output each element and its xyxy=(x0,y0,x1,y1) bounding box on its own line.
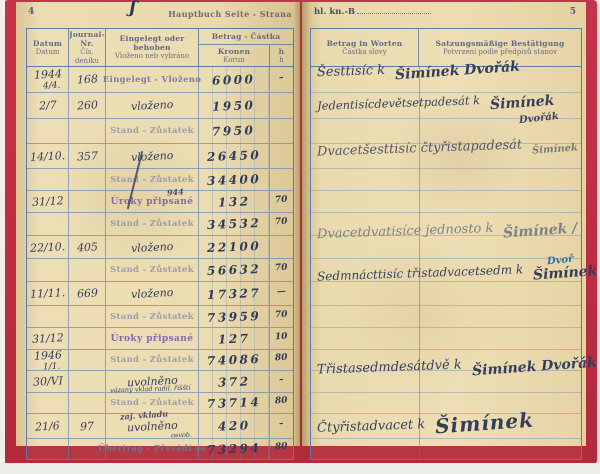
date-cell xyxy=(27,259,69,281)
heller-cell: – xyxy=(270,67,293,92)
table-row: 19461/1. Stand - Zůstatek 74086 80 xyxy=(27,350,293,371)
rule-line xyxy=(311,439,581,459)
kronen-cell: 17327 xyxy=(199,282,270,305)
kronen-cell: 420 xyxy=(199,414,270,438)
col-h-cs: h xyxy=(279,56,284,65)
heller-cell: — xyxy=(270,282,293,305)
table-row: 2/7 260 vloženo 1950 xyxy=(27,93,293,119)
heller-cell xyxy=(270,119,293,143)
rule-line xyxy=(311,282,581,306)
col-journal-cs: Čís. deníku xyxy=(69,48,105,66)
table-row: 30/VI uvolněnovázaný vklad radil. říšští… xyxy=(27,371,293,393)
amount-heller: — xyxy=(277,286,287,297)
date-cell: 22/10. xyxy=(27,236,69,258)
amount-kronen: 132 xyxy=(217,194,250,209)
amount-kronen: 34400 xyxy=(207,172,262,188)
date-cell xyxy=(27,119,69,143)
entry-cell: Stand - Zůstatek xyxy=(106,169,199,190)
kronen-cell: 372 xyxy=(199,371,270,392)
amount-in-words-entry: Čtyřistadvacet k Šimínek xyxy=(317,411,577,435)
table-row: 21/6 97 zaj. vkladuuvolněnoosvob. 420 – xyxy=(27,414,293,439)
table-header: Betrag in Worten Částka slovy Satzungsmä… xyxy=(311,29,581,67)
entry-date: 21/6 xyxy=(35,419,60,433)
col-entry-de: Eingelegt oder behoben xyxy=(106,34,198,52)
col-date-cs: Datum xyxy=(36,48,60,57)
journal-cell xyxy=(69,371,106,392)
date-cell: 30/VI xyxy=(27,371,69,392)
ledger-page-left: 4 ʃ Hauptbuch Seite - Strana Datum Datum… xyxy=(16,2,300,446)
amount-words: Šesttisíc k xyxy=(317,63,385,80)
kronen-cell: 132 xyxy=(199,191,270,212)
col-header-kronen: Kronen Korun xyxy=(199,45,270,66)
amount-kronen: 372 xyxy=(217,374,250,389)
journal-number: 357 xyxy=(76,149,98,163)
kronen-cell: 73714 xyxy=(199,393,270,413)
col-header-amount: Betrag - Částka Kronen Korun h h xyxy=(199,29,293,66)
journal-cell xyxy=(69,169,106,190)
entry-cell: Stand - Zůstatek xyxy=(106,213,199,235)
table-row: 31/12 944Úroky připsané 132 70 xyxy=(27,191,293,213)
date-cell xyxy=(27,306,69,327)
table-row: 22/10. 405 vloženo 22100 xyxy=(27,236,293,259)
amount-kronen: 73714 xyxy=(207,395,262,411)
rule-line xyxy=(311,328,581,350)
table-row: Stand - Zůstatek 34400 xyxy=(27,169,293,191)
heller-cell: 70 xyxy=(270,213,293,235)
journal-cell: 260 xyxy=(69,93,106,118)
entry-date: 2/7 xyxy=(38,99,56,113)
journal-cell: 168 xyxy=(69,67,106,92)
kronen-cell: 7950 xyxy=(199,119,270,143)
entry-stamp: Eingelegt - Vloženo xyxy=(103,75,201,85)
journal-cell xyxy=(69,213,106,235)
entry-cell: uvolněnovázaný vklad radil. říšští xyxy=(106,371,199,392)
kronen-cell: 26450 xyxy=(199,144,270,168)
heller-cell: 70 xyxy=(270,306,293,327)
heller-cell: 10 xyxy=(270,328,293,349)
amount-kronen: 420 xyxy=(217,418,250,433)
journal-cell xyxy=(69,259,106,281)
table-row: Stand - Zůstatek 7950 xyxy=(27,119,293,144)
amount-words: Čtyřistadvacet k xyxy=(317,417,426,436)
kronen-cell: 34532 xyxy=(199,213,270,235)
journal-cell: 669 xyxy=(69,282,106,305)
amount-kronen: 26450 xyxy=(207,148,262,164)
kronen-cell: 34400 xyxy=(199,169,270,190)
heller-cell: – xyxy=(270,414,293,438)
date-cell: 14/10. xyxy=(27,144,69,168)
carryover-stamp: Übertrag - Převádí se xyxy=(98,444,206,454)
journal-cell: 357 xyxy=(69,144,106,168)
amount-kronen: 6000 xyxy=(212,72,256,88)
date-cell: 11/11. xyxy=(27,282,69,305)
journal-number: 405 xyxy=(76,240,98,254)
heller-cell: 70 xyxy=(270,259,293,281)
table-body: 19444/4. 168 Eingelegt - Vloženo 6000 – … xyxy=(27,67,293,459)
entry-cell: vloženo xyxy=(106,282,199,305)
amount-kronen: 22100 xyxy=(207,239,262,255)
rule-line xyxy=(311,306,581,328)
kronen-cell: 127 xyxy=(199,328,270,349)
col-header-entry: Eingelegt oder behoben Vloženo neb vybrá… xyxy=(106,29,199,66)
balance-stamp: Stand - Zůstatek xyxy=(110,126,194,136)
entry-cell: Stand - Zůstatek xyxy=(106,259,199,281)
heller-cell: – xyxy=(270,371,293,392)
entry-cell: Stand - Zůstatek xyxy=(106,306,199,327)
entry-date: 22/10. xyxy=(30,240,66,255)
amount-in-words-entry: Třistasedmdesátdvě k Šimínek Dvořák xyxy=(317,359,577,375)
heller-cell: 80 xyxy=(270,393,293,413)
signature: Šimínek xyxy=(434,408,534,439)
heller-cell: 70 xyxy=(270,191,293,212)
col-kronen-cs: Korun xyxy=(223,56,245,65)
amount-heller: – xyxy=(279,419,284,429)
balance-stamp: Stand - Zůstatek xyxy=(110,355,194,365)
rule-line xyxy=(311,191,581,213)
amount-heller: 70 xyxy=(275,263,288,274)
passbook-scan: 4 ʃ Hauptbuch Seite - Strana Datum Datum… xyxy=(0,0,600,474)
date-cell: 31/12 xyxy=(27,328,69,349)
heller-cell xyxy=(270,169,293,190)
journal-cell xyxy=(69,350,106,370)
balance-stamp: Stand - Zůstatek xyxy=(110,312,194,322)
amount-in-words-entry: Dvacetšesttisíc čtyřistapadesát Šimínek xyxy=(317,141,577,156)
entry-cell: 944Úroky připsané xyxy=(106,191,199,212)
interest-stamp: Úroky připsané xyxy=(111,197,194,207)
journal-cell xyxy=(69,191,106,212)
kronen-cell: 73959 xyxy=(199,306,270,327)
journal-number: 669 xyxy=(76,286,98,300)
col-amount-title: Betrag - Částka xyxy=(212,32,281,41)
entry-cell: Übertrag - Převádí se xyxy=(106,439,199,459)
kronen-cell: 56632 xyxy=(199,259,270,281)
col-journal-de: Journal-Nr. xyxy=(69,30,105,48)
signature: Šimínek / xyxy=(503,220,578,241)
kronen-cell: 1950 xyxy=(199,93,270,118)
amount-kronen: 56632 xyxy=(207,262,262,278)
balance-stamp: Stand - Zůstatek xyxy=(110,219,194,229)
rule-line xyxy=(311,169,581,191)
amount-heller: 80 xyxy=(275,442,288,453)
entry-cell: vloženo xyxy=(106,93,199,118)
amount-heller: – xyxy=(279,374,284,384)
column-divider-line xyxy=(419,67,420,459)
col-kronen-de: Kronen xyxy=(218,47,250,56)
journal-cell: 405 xyxy=(69,236,106,258)
table-row: 19444/4. 168 Eingelegt - Vloženo 6000 – xyxy=(27,67,293,93)
ruling-lines xyxy=(311,67,581,459)
amount-kronen: 7950 xyxy=(212,123,256,139)
date-cell xyxy=(27,213,69,235)
journal-number: 168 xyxy=(76,72,98,86)
date-cell: 31/12 xyxy=(27,191,69,212)
amount-heller: 80 xyxy=(275,353,288,364)
ledger-table-left: Datum Datum Journal-Nr. Čís. deníku Eing… xyxy=(26,28,294,460)
table-row: 11/11. 669 vloženo 17327 — xyxy=(27,282,293,306)
amount-heller: 10 xyxy=(275,331,288,342)
balance-stamp: Stand - Zůstatek xyxy=(110,398,194,408)
amount-kronen: 1950 xyxy=(212,98,256,114)
date-cell: 19444/4. xyxy=(27,67,69,92)
entry-cell: zaj. vkladuuvolněnoosvob. xyxy=(106,414,199,438)
dotted-fill-line xyxy=(357,6,431,14)
scan-edge xyxy=(0,0,5,474)
date-cell: 19461/1. xyxy=(27,350,69,370)
kronen-cell: 6000 xyxy=(199,67,270,92)
entry-date: 14/10. xyxy=(30,149,66,164)
entry-date: 31/12 xyxy=(31,331,63,346)
entry-cell: Stand - Zůstatek xyxy=(106,350,199,370)
entry-date-2: 4/4. xyxy=(43,81,61,92)
amount-kronen: 73294 xyxy=(207,441,262,457)
amount-kronen: 74086 xyxy=(207,352,262,368)
entry-cell: Stand - Zůstatek xyxy=(106,119,199,143)
date-cell: 2/7 xyxy=(27,93,69,118)
page-number-right: 5 xyxy=(570,7,576,17)
journal-cell xyxy=(69,328,106,349)
date-cell xyxy=(27,169,69,190)
handwritten-mark: ʃ xyxy=(129,0,137,18)
entry-cell: vloženo xyxy=(106,236,199,258)
amount-words: Třistasedmdesátdvě k xyxy=(317,357,462,377)
entry-date: 30/VI xyxy=(32,374,63,389)
kronen-cell: 22100 xyxy=(199,236,270,258)
balance-stamp: Stand - Zůstatek xyxy=(110,265,194,275)
journal-cell: 97 xyxy=(69,414,106,438)
signature: Šimínek xyxy=(532,142,579,156)
page-heading-left: Hauptbuch Seite - Strana xyxy=(168,9,292,19)
col-words-de: Betrag in Worten xyxy=(327,39,403,48)
amount-kronen: 34532 xyxy=(207,216,262,232)
ledger-page-right: hl. kn.-B 5 Betrag in Worten Částka slov… xyxy=(302,2,586,446)
entry-handwritten: vloženo xyxy=(131,286,174,301)
entry-date: 31/12 xyxy=(31,194,63,209)
table-row: Stand - Zůstatek 73959 70 xyxy=(27,306,293,328)
journal-number: 97 xyxy=(80,419,95,433)
table-header: Datum Datum Journal-Nr. Čís. deníku Eing… xyxy=(27,29,293,67)
amount-heller: – xyxy=(279,72,284,82)
entry-cell: Úroky připsané xyxy=(106,328,199,349)
amount-kronen: 73959 xyxy=(207,309,262,325)
heller-cell: 80 xyxy=(270,439,293,459)
table-row: Übertrag - Převádí se 73294 80 xyxy=(27,439,293,459)
balance-stamp: Stand - Zůstatek xyxy=(110,175,194,185)
entry-date: 11/11. xyxy=(30,286,66,301)
heller-cell xyxy=(270,144,293,168)
heller-cell xyxy=(270,236,293,258)
amount-in-words-entry: Sedmnácttisíc třistadvacetsedm k Šimínek… xyxy=(317,265,577,281)
table-row: Stand - Zůstatek 34532 70 xyxy=(27,213,293,236)
col-header-journal: Journal-Nr. Čís. deníku xyxy=(69,29,106,66)
ledger-book-label-text: hl. kn.-B xyxy=(314,7,355,17)
col-header-heller: h h xyxy=(270,45,293,66)
journal-cell xyxy=(69,393,106,413)
amount-heller: 80 xyxy=(275,396,288,407)
journal-number: 260 xyxy=(76,98,98,112)
entry-cell: Eingelegt - Vloženo xyxy=(106,67,199,92)
heller-cell: 80 xyxy=(270,350,293,370)
amount-words: Dvacetdvatisíce jednosto k xyxy=(317,221,494,242)
date-cell xyxy=(27,439,69,459)
table-row: Stand - Zůstatek 56632 70 xyxy=(27,259,293,282)
journal-cell xyxy=(69,119,106,143)
col-header-amount-words: Betrag in Worten Částka slovy xyxy=(311,29,419,66)
scan-edge xyxy=(0,463,600,474)
table-row: 31/12 Úroky připsané 127 10 xyxy=(27,328,293,350)
entry-cell: vloženo xyxy=(106,144,199,168)
entry-handwritten: vloženo xyxy=(131,148,174,163)
entry-date: 1944 xyxy=(33,67,62,81)
interest-stamp: Úroky připsané xyxy=(111,334,194,344)
amount-in-words-entry: Dvacetdvatisíce jednosto k Šimínek / xyxy=(317,223,577,239)
table-row: 14/10. 357 vloženo 26450 xyxy=(27,144,293,169)
signature: Šimínek xyxy=(490,93,555,113)
col-date-de: Datum xyxy=(33,39,62,48)
amount-words: Jedentisícdevětsetpadesát k xyxy=(317,93,481,113)
kronen-cell: 73294 xyxy=(199,439,270,459)
amount-kronen: 127 xyxy=(217,331,250,346)
amount-kronen: 17327 xyxy=(207,286,262,302)
amount-in-words-entry: Jedentisícdevětsetpadesát k Šimínek Dvoř… xyxy=(317,95,577,111)
journal-cell xyxy=(69,306,106,327)
ledger-table-right: Betrag in Worten Částka slovy Satzungsmä… xyxy=(310,28,582,460)
entry-date: 1946 xyxy=(33,348,62,362)
page-number-left: 4 xyxy=(28,7,34,17)
entry-handwritten: vloženo xyxy=(131,98,174,113)
col-confirm-cs: Potvrzení podle předpisů stanov xyxy=(443,48,557,57)
amount-heller: 70 xyxy=(275,217,288,228)
amount-in-words-entry: Šesttisíc k Šimínek Dvořák xyxy=(317,63,577,79)
col-header-date: Datum Datum xyxy=(27,29,69,66)
kronen-cell: 74086 xyxy=(199,350,270,370)
heller-cell xyxy=(270,93,293,118)
col-words-cs: Částka slovy xyxy=(342,48,387,57)
col-entry-cs: Vloženo neb vybráno xyxy=(115,52,189,61)
amount-words: Sedmnácttisíc třistadvacetsedm k xyxy=(317,262,524,283)
date-cell xyxy=(27,393,69,413)
amount-heller: 70 xyxy=(275,309,288,320)
entry-handwritten: vloženo xyxy=(131,239,174,254)
ledger-book-label: hl. kn.-B xyxy=(314,6,431,17)
col-confirm-de: Satzungsmäßige Bestätigung xyxy=(436,39,565,48)
amount-heller: 70 xyxy=(275,194,288,205)
date-cell: 21/6 xyxy=(27,414,69,438)
col-h-de: h xyxy=(279,47,285,56)
